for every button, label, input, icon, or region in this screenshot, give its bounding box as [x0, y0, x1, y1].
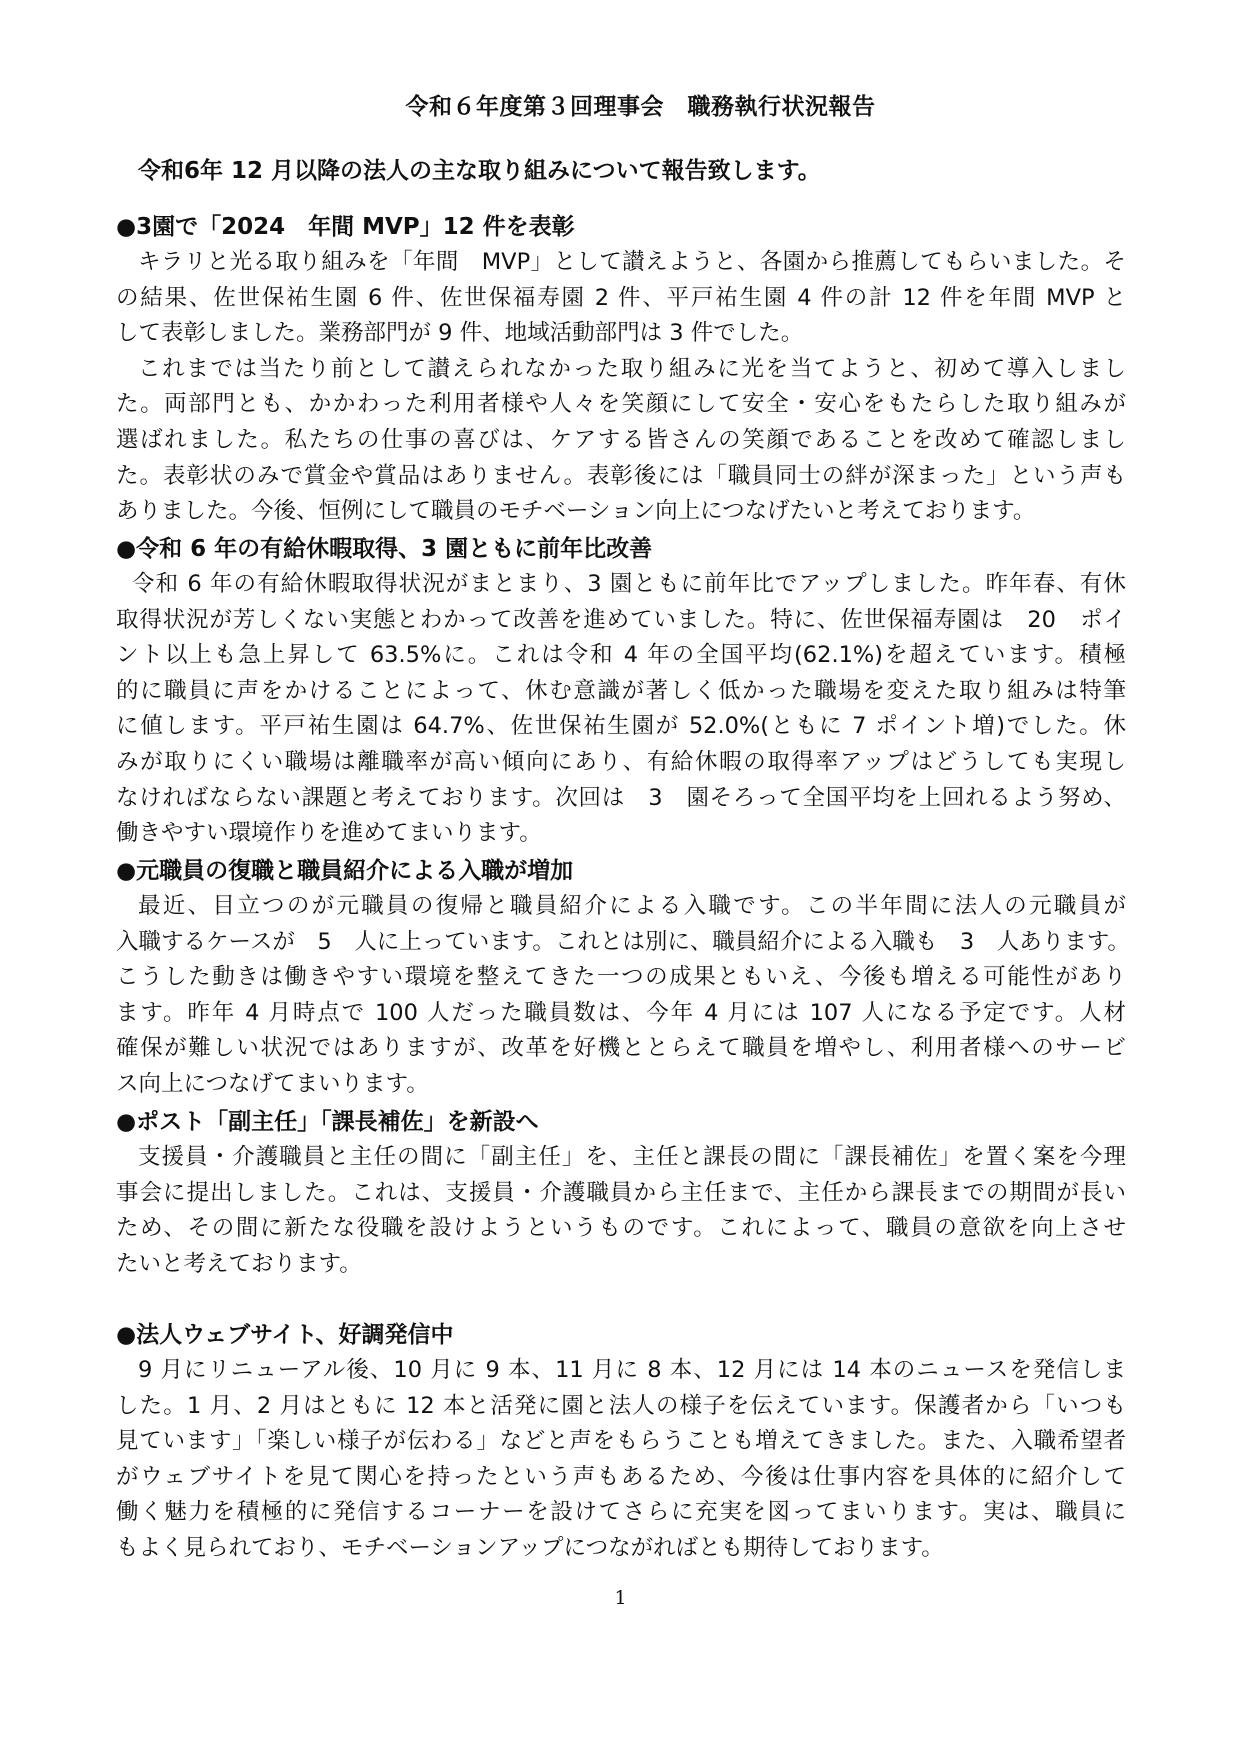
paragraph-line: 令和 6 年の有給休暇取得状況がまとまり、3 園ともに前年比でアップしました。昨…	[116, 567, 1126, 603]
paragraph-line: 最近、目立つのが元職員の復帰と職員紹介による入職です。この半年間に法人の元職員が	[116, 889, 1126, 925]
paragraph-line: これまでは当たり前として讃えられなかった取り組みに光を当てようと、初めて導入しま…	[116, 352, 1126, 388]
paragraph-line: キラリと光る取り組みを「年間 MVP」として讃えようと、各園から推薦してもらいま…	[116, 245, 1126, 281]
paragraph-line: に値します。平戸祐生園は 64.7%、佐世保祐生園が 52.0%(ともに 7 ポ…	[116, 709, 1126, 745]
paragraph-line: こうした動きは働きやすい環境を整えてきた一つの成果ともいえ、今後も増える可能性が…	[116, 960, 1126, 996]
paragraph-line: 事会に提出しました。これは、支援員・介護職員から主任まで、主任から課長までの期間…	[116, 1176, 1126, 1212]
section-paid-leave: ●令和 6 年の有給休暇取得、3 園ともに前年比改善 令和 6 年の有給休暇取得…	[116, 531, 1126, 852]
paragraph-line: た。表彰状のみで賞金や賞品はありません。表彰後には「職員同士の絆が深まった」とい…	[116, 459, 1126, 495]
section-heading: ●法人ウェブサイト、好調発信中	[116, 1317, 1126, 1353]
paragraph-line: 支援員・介護職員と主任の間に「副主任」を、主任と課長の間に「課長補佐」を置く案を…	[116, 1140, 1126, 1176]
intro-text: 令和6年 12 月以降の法人の主な取り組みについて報告致します。	[138, 152, 821, 185]
paragraph-line: ス向上につなげてまいります。	[116, 1067, 1126, 1103]
paragraph-line: 働きやすい環境作りを進めてまいります。	[116, 816, 1126, 852]
document-page: 令和６年度第３回理事会 職務執行状況報告 令和6年 12 月以降の法人の主な取り…	[0, 0, 1241, 1755]
section-new-posts: ●ポスト「副主任」「課長補佐」を新設へ 支援員・介護職員と主任の間に「副主任」を…	[116, 1104, 1126, 1282]
paragraph-line: た。両部門とも、かかわった利用者様や人々を笑顔にして安全・安心をもたらした取り組…	[116, 387, 1126, 423]
paragraph-line: みが取りにくい職場は離職率が高い傾向にあり、有給休暇の取得率アップはどうしても実…	[116, 745, 1126, 781]
section-mvp-awards: ●3園で「2024 年間 MVP」12 件を表彰 キラリと光る取り組みを「年間 …	[116, 209, 1126, 530]
paragraph-line: ント以上も急上昇して 63.5%に。これは令和 4 年の全国平均(62.1%)を…	[116, 638, 1126, 674]
paragraph-line: がウェブサイトを見て関心を持ったという声もあるため、今後は仕事内容を具体的に紹介…	[116, 1460, 1126, 1496]
paragraph-line: の結果、佐世保祐生園 6 件、佐世保福寿園 2 件、平戸祐生園 4 件の計 12…	[116, 281, 1126, 317]
section-heading: ●令和 6 年の有給休暇取得、3 園ともに前年比改善	[116, 531, 1126, 567]
section-rehiring: ●元職員の復職と職員紹介による入職が増加 最近、目立つのが元職員の復帰と職員紹介…	[116, 853, 1126, 1103]
paragraph-line: ため、その間に新たな役職を設けようというものです。これによって、職員の意欲を向上…	[116, 1211, 1126, 1247]
paragraph-line: 選ばれました。私たちの仕事の喜びは、ケアする皆さんの笑顔であることを改めて確認し…	[116, 423, 1126, 459]
section-heading: ●3園で「2024 年間 MVP」12 件を表彰	[116, 209, 1126, 245]
page-number: 1	[0, 1587, 1241, 1609]
section-website: ●法人ウェブサイト、好調発信中 9 月にリニューアル後、10 月に 9 本、11…	[116, 1317, 1126, 1567]
paragraph-line: 入職するケースが 5 人に上っています。これとは別に、職員紹介による入職も 3 …	[116, 925, 1126, 961]
paragraph-line: 的に職員に声をかけることによって、休む意識が著しく低かった職場を変えた取り組みは…	[116, 674, 1126, 710]
paragraph-line: 見ています」「楽しい様子が伝わる」などと声をもらうことも増えてきました。また、入…	[116, 1424, 1126, 1460]
paragraph-line: 取得状況が芳しくない実態とわかって改善を進めていました。特に、佐世保福寿園は 2…	[116, 603, 1126, 639]
paragraph-line: もよく見られており、モチベーションアップにつながればとも期待しております。	[116, 1531, 1126, 1567]
paragraph-line: ありました。今後、恒例にして職員のモチベーション向上につなげたいと考えております…	[116, 494, 1126, 530]
section-heading: ●ポスト「副主任」「課長補佐」を新設へ	[116, 1104, 1126, 1140]
paragraph-line: 確保が難しい状況ではありますが、改革を好機ととらえて職員を増やし、利用者様へのサ…	[116, 1031, 1126, 1067]
paragraph-line: した。1 月、2 月はともに 12 本と活発に園と法人の様子を伝えています。保護…	[116, 1389, 1126, 1425]
document-title: 令和６年度第３回理事会 職務執行状況報告	[0, 88, 1241, 121]
paragraph-line: たいと考えております。	[116, 1247, 1126, 1283]
paragraph-line: して表彰しました。業務部門が 9 件、地域活動部門は 3 件でした。	[116, 316, 1126, 352]
paragraph-line: ます。昨年 4 月時点で 100 人だった職員数は、今年 4 月には 107 人…	[116, 996, 1126, 1032]
section-heading: ●元職員の復職と職員紹介による入職が増加	[116, 853, 1126, 889]
paragraph-line: 9 月にリニューアル後、10 月に 9 本、11 月に 8 本、12 月には 1…	[116, 1353, 1126, 1389]
paragraph-line: なければならない課題と考えております。次回は 3 園そろって全国平均を上回れるよ…	[116, 781, 1126, 817]
paragraph-line: 働く魅力を積極的に発信するコーナーを設けてさらに充実を図ってまいります。実は、職…	[116, 1495, 1126, 1531]
